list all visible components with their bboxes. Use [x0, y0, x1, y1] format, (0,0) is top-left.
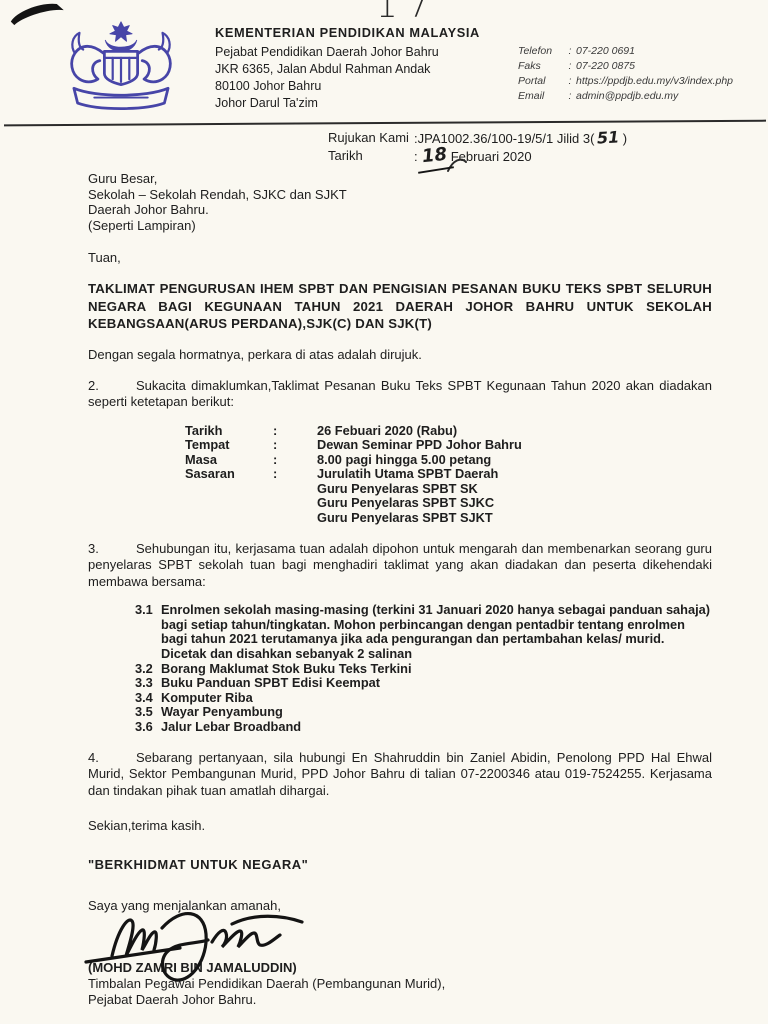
subject-line: TAKLIMAT PENGURUSAN IHEM SPBT DAN PENGIS… [88, 280, 712, 333]
schedule-value: Jurulatih Utama SPBT Daerah [317, 467, 498, 482]
contact-email: Email : admin@ppdjb.edu.my [518, 89, 733, 104]
checklist-text: Buku Panduan SPBT Edisi Keempat [161, 676, 712, 691]
paragraph-text: Sukacita dimaklumkan,Taklimat Pesanan Bu… [88, 378, 712, 410]
schedule-colon: : [273, 467, 317, 482]
contact-telefon: Telefon : 07-220 0691 [518, 44, 733, 59]
checklist-number: 3.3 [135, 676, 161, 691]
checklist-text: Wayar Penyambung [161, 705, 712, 720]
checklist-item-3-4: 3.4 Komputer Riba [135, 691, 712, 706]
schedule-row-sasaran: Sasaran : Jurulatih Utama SPBT Daerah [185, 467, 712, 482]
closing-thanks: Sekian,terima kasih. [88, 818, 712, 834]
paragraph-number: 4. [88, 750, 136, 767]
letter-body: Guru Besar, Sekolah – Sekolah Rendah, SJ… [88, 171, 712, 1008]
reference-block: Rujukan Kami :JPA1002.36/100-19/5/1 Jili… [328, 129, 768, 165]
checklist-item-3-5: 3.5 Wayar Penyambung [135, 705, 712, 720]
paragraph-number: 2. [88, 378, 136, 395]
checklist-text: Komputer Riba [161, 691, 712, 706]
malaysia-coat-of-arms-logo [60, 20, 182, 116]
office-name: Pejabat Pendidikan Daerah Johor Bahru [215, 44, 480, 61]
schedule-colon [273, 482, 317, 497]
checklist-text: Borang Maklumat Stok Buku Teks Terkini [161, 662, 712, 677]
schedule-label: Tempat [185, 438, 273, 453]
contact-label: Email [518, 89, 564, 104]
schedule-row-masa: Masa : 8.00 pagi hingga 5.00 petang [185, 453, 712, 468]
date-value: :18Februari 2020 [414, 147, 532, 165]
schedule-value: Guru Penyelaras SPBT SJKC [317, 496, 494, 511]
closing-motto: "BERKHIDMAT UNTUK NEGARA" [88, 857, 712, 873]
checklist-item-3-2: 3.2 Borang Maklumat Stok Buku Teks Terki… [135, 662, 712, 677]
contact-colon: : [564, 74, 576, 89]
office-postcode: 80100 Johor Bahru [215, 78, 480, 95]
contact-block: Telefon : 07-220 0691 Faks : 07-220 0875… [518, 44, 733, 104]
schedule-value: Guru Penyelaras SPBT SJKT [317, 511, 493, 526]
contact-label: Telefon [518, 44, 564, 59]
schedule-label: Tarikh [185, 424, 273, 439]
schedule-value: 26 Febuari 2020 (Rabu) [317, 424, 457, 439]
schedule-row-tempat: Tempat : Dewan Seminar PPD Johor Bahru [185, 438, 712, 453]
letter-page: 17 [0, 0, 768, 1024]
paragraph-4: 4.Sebarang pertanyaan, sila hubungi En S… [88, 750, 712, 800]
checklist-block: 3.1 Enrolmen sekolah masing-masing (terk… [135, 603, 712, 734]
schedule-row-sasaran-2: Guru Penyelaras SPBT SK [185, 482, 712, 497]
checklist-number: 3.1 [135, 603, 161, 661]
schedule-label: Masa [185, 453, 273, 468]
schedule-block: Tarikh : 26 Febuari 2020 (Rabu) Tempat :… [185, 424, 712, 526]
schedule-value: Dewan Seminar PPD Johor Bahru [317, 438, 522, 453]
reference-number-row: Rujukan Kami :JPA1002.36/100-19/5/1 Jili… [328, 129, 768, 147]
ministry-name: KEMENTERIAN PENDIDIKAN MALAYSIA [215, 24, 480, 41]
checklist-text: Enrolmen sekolah masing-masing (terkini … [161, 603, 712, 661]
schedule-colon [273, 496, 317, 511]
paragraph-text: Sehubungan itu, kerjasama tuan adalah di… [88, 541, 712, 589]
signature-area [88, 914, 712, 960]
schedule-colon: : [273, 453, 317, 468]
contact-colon: : [564, 59, 576, 74]
contact-colon: : [564, 44, 576, 59]
contact-colon: : [564, 89, 576, 104]
addressee-line: Daerah Johor Bahru. [88, 202, 712, 218]
paragraph-text: Sebarang pertanyaan, sila hubungi En Sha… [88, 750, 712, 798]
schedule-label [185, 511, 273, 526]
handwritten-signature [82, 900, 334, 996]
date-row: Tarikh :18Februari 2020 [328, 147, 768, 165]
office-state: Johor Darul Ta'zim [215, 95, 480, 112]
paragraph-number: 3. [88, 541, 136, 558]
handwritten-day: 18 [421, 146, 448, 166]
date-label: Tarikh [328, 147, 414, 164]
addressee-block: Guru Besar, Sekolah – Sekolah Rendah, SJ… [88, 171, 712, 233]
salutation: Tuan, [88, 250, 712, 266]
reference-label: Rujukan Kami [328, 129, 414, 146]
schedule-label [185, 496, 273, 511]
checklist-text: Jalur Lebar Broadband [161, 720, 712, 735]
contact-label: Faks [518, 59, 564, 74]
contact-faks: Faks : 07-220 0875 [518, 59, 733, 74]
schedule-colon: : [273, 438, 317, 453]
schedule-value: 8.00 pagi hingga 5.00 petang [317, 453, 491, 468]
portal-url: https://ppdjb.edu.my/v3/index.php [576, 74, 733, 89]
checklist-number: 3.5 [135, 705, 161, 720]
intro-line: Dengan segala hormatnya, perkara di atas… [88, 347, 712, 363]
reference-value-suffix: ) [623, 131, 627, 146]
schedule-row-sasaran-3: Guru Penyelaras SPBT SJKC [185, 496, 712, 511]
handwritten-day-wrap: 18 [422, 147, 447, 165]
checklist-item-3-1: 3.1 Enrolmen sekolah masing-masing (terk… [135, 603, 712, 661]
addressee-line: (Seperti Lampiran) [88, 218, 712, 234]
checklist-item-3-3: 3.3 Buku Panduan SPBT Edisi Keempat [135, 676, 712, 691]
schedule-colon: : [273, 424, 317, 439]
ministry-address-block: KEMENTERIAN PENDIDIKAN MALAYSIA Pejabat … [215, 24, 480, 112]
addressee-line: Sekolah – Sekolah Rendah, SJKC dan SJKT [88, 187, 712, 203]
checklist-number: 3.4 [135, 691, 161, 706]
contact-value: 07-220 0691 [576, 44, 635, 59]
schedule-label: Sasaran [185, 467, 273, 482]
date-colon: : [414, 149, 418, 164]
schedule-row-tarikh: Tarikh : 26 Febuari 2020 (Rabu) [185, 424, 712, 439]
pen-mark [446, 156, 468, 174]
checklist-number: 3.6 [135, 720, 161, 735]
office-street: JKR 6365, Jalan Abdul Rahman Andak [215, 61, 480, 78]
checklist-item-3-6: 3.6 Jalur Lebar Broadband [135, 720, 712, 735]
schedule-colon [273, 511, 317, 526]
checklist-number: 3.2 [135, 662, 161, 677]
email-address: admin@ppdjb.edu.my [576, 89, 678, 104]
contact-label: Portal [518, 74, 564, 89]
handwritten-reference-number: 51 [597, 128, 620, 146]
schedule-value: Guru Penyelaras SPBT SK [317, 482, 478, 497]
contact-value: 07-220 0875 [576, 59, 635, 74]
addressee-line: Guru Besar, [88, 171, 712, 187]
schedule-label [185, 482, 273, 497]
schedule-row-sasaran-4: Guru Penyelaras SPBT SJKT [185, 511, 712, 526]
letterhead: KEMENTERIAN PENDIDIKAN MALAYSIA Pejabat … [0, 0, 768, 122]
paragraph-3: 3.Sehubungan itu, kerjasama tuan adalah … [88, 541, 712, 591]
contact-portal: Portal : https://ppdjb.edu.my/v3/index.p… [518, 74, 733, 89]
paragraph-2: 2.Sukacita dimaklumkan,Taklimat Pesanan … [88, 378, 712, 411]
